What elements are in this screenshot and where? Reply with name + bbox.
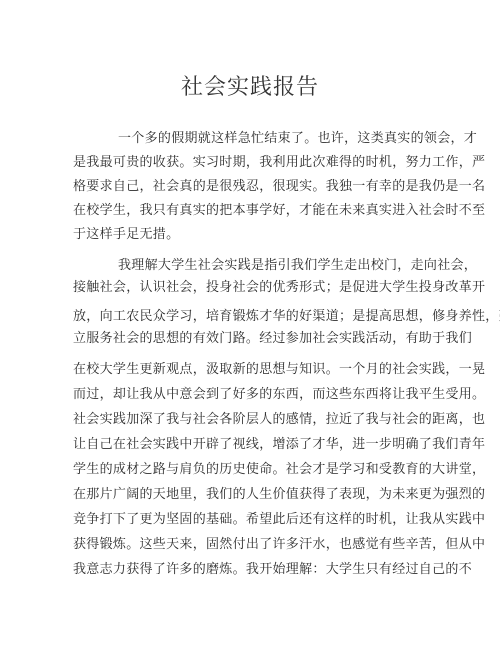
paragraph-line: 竞争打下了更为坚固的基础。希望此后还有这样的时机，让我从实践中 [73,512,485,528]
paragraph-line: 学生的成材之路与肩负的历史使命。社会才是学习和受教育的大讲堂， [73,462,485,478]
paragraph-line: 放，向工农民众学习，培育锻炼才华的好渠道；是提高思想，修身养性，建 [73,309,500,325]
paragraph-line: 一个多的假期就这样急忙结束了。也许，这类真实的领会，才 [118,131,477,147]
document-title: 社会实践报告 [0,70,500,101]
paragraph-line: 让自己在社会实践中开辟了视线，增添了才华，进一步明确了我们青年 [73,437,485,453]
paragraph-line: 在校大学生更新观点，汲取新的思想与知识。一个月的社会实践，一晃 [73,362,485,378]
paragraph-line: 获得锻炼。这些天来，固然付出了许多汗水，也感觉有些辛苦，但从中 [73,537,485,553]
paragraph-line: 是我最可贵的收获。实习时期，我利用此次难得的时机，努力工作，严 [73,155,485,171]
paragraph-line: 接触社会，认识社会，投身社会的优秀形式；是促进大学生投身改革开 [73,280,485,296]
paragraph-line: 社会实践加深了我与社会各阶层人的感情，拉近了我与社会的距离，也 [73,412,485,428]
paragraph-line: 我理解大学生社会实践是指引我们学生走出校门，走向社会， [118,258,477,274]
paragraph-line: 立服务社会的思想的有效门路。经过参加社会实践活动，有助于我们 [73,331,472,347]
paragraph-line: 而过，却让我从中意会到了好多的东西，而这些东西将让我平生受用。 [73,387,485,403]
document-page: 社会实践报告 一个多的假期就这样急忙结束了。也许，这类真实的领会，才是我最可贵的… [0,0,500,647]
paragraph-line: 我意志力获得了许多的磨炼。我开始理解：大学生只有经过自己的不 [73,562,472,578]
paragraph-line: 格要求自己，社会真的是很残忍，很现实。我独一有幸的是我仍是一名 [73,179,485,195]
paragraph-line: 于这样手足无措。 [73,227,179,243]
paragraph-line: 在校学生，我只有真实的把本事学好，才能在未来真实进入社会时不至 [73,203,485,219]
paragraph-line: 在那片广阔的天地里，我们的人生价值获得了表现，为未来更为强烈的 [73,487,485,503]
